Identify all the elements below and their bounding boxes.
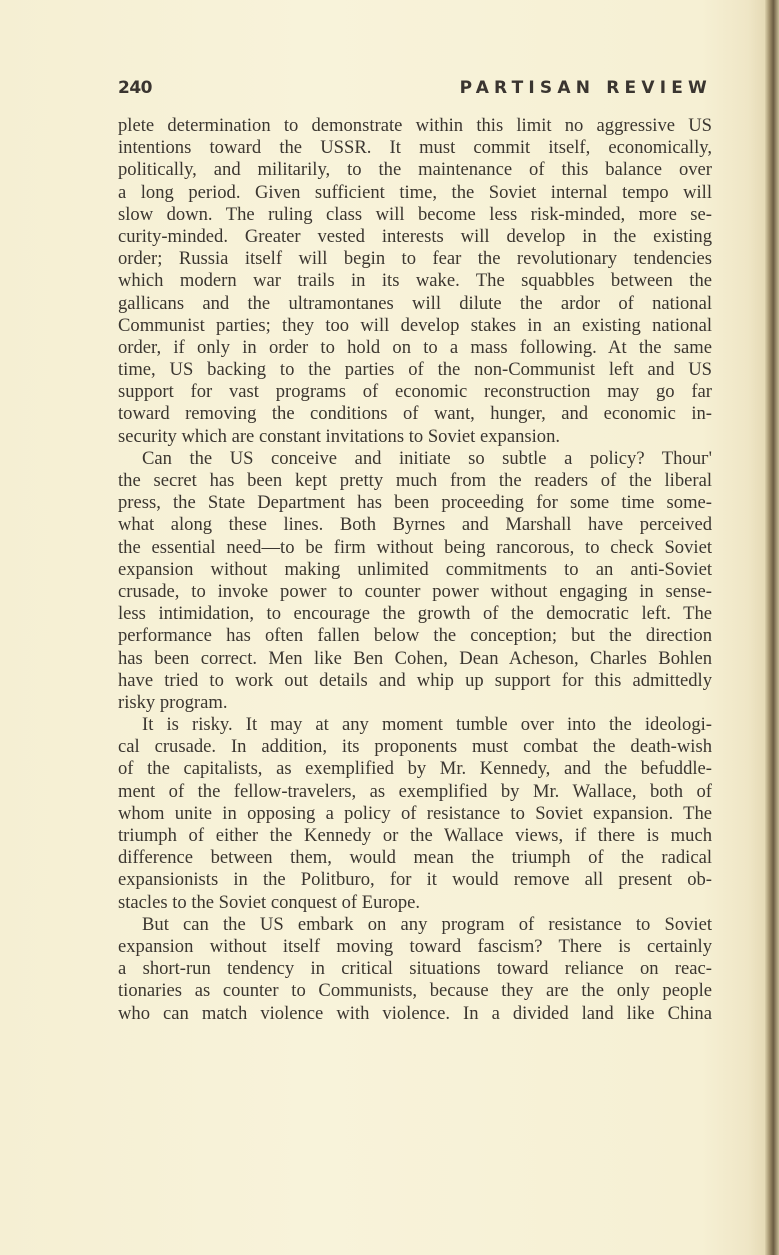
text-line: ment of the fellow-travelers, as exempli… (118, 781, 712, 803)
text-line: toward removing the conditions of want, … (118, 403, 712, 425)
text-line: cal crusade. In addition, its proponents… (118, 736, 712, 758)
page-edge-shadow (765, 0, 779, 1255)
text-line: risky program. (118, 692, 712, 714)
page-header: 240 PARTISAN REVIEW (118, 78, 712, 102)
text-line: curity-minded. Greater vested interests … (118, 226, 712, 248)
text-line: order, if only in order to hold on to a … (118, 337, 712, 359)
text-line: crusade, to invoke power to counter powe… (118, 581, 712, 603)
text-line: security which are constant invitations … (118, 426, 712, 448)
text-line: order; Russia itself will begin to fear … (118, 248, 712, 270)
text-line: slow down. The ruling class will become … (118, 204, 712, 226)
text-line: the secret has been kept pretty much fro… (118, 470, 712, 492)
text-line: expansionists in the Politburo, for it w… (118, 869, 712, 891)
text-line: a short-run tendency in critical situati… (118, 958, 712, 980)
text-line: the essential need—to be firm without be… (118, 537, 712, 559)
text-line: But can the US embark on any program of … (118, 914, 712, 936)
text-line: expansion without making unlimited commi… (118, 559, 712, 581)
text-line: who can match violence with violence. In… (118, 1003, 712, 1025)
text-line: press, the State Department has been pro… (118, 492, 712, 514)
text-line: has been correct. Men like Ben Cohen, De… (118, 648, 712, 670)
paragraph: plete determination to demonstrate withi… (118, 115, 712, 448)
text-line: which modern war trails in its wake. The… (118, 270, 712, 292)
paragraph: But can the US embark on any program of … (118, 914, 712, 1025)
body-text: plete determination to demonstrate withi… (118, 115, 712, 1025)
text-line: It is risky. It may at any moment tumble… (118, 714, 712, 736)
text-line: less intimidation, to encourage the grow… (118, 603, 712, 625)
text-line: what along these lines. Both Byrnes and … (118, 514, 712, 536)
paragraph: It is risky. It may at any moment tumble… (118, 714, 712, 914)
page-number: 240 (118, 78, 152, 98)
running-head: PARTISAN REVIEW (460, 78, 712, 98)
paragraph: Can the US conceive and initiate so subt… (118, 448, 712, 714)
text-line: triumph of either the Kennedy or the Wal… (118, 825, 712, 847)
text-line: a long period. Given sufficient time, th… (118, 182, 712, 204)
text-line: time, US backing to the parties of the n… (118, 359, 712, 381)
text-line: have tried to work out details and whip … (118, 670, 712, 692)
text-line: support for vast programs of economic re… (118, 381, 712, 403)
text-line: of the capitalists, as exemplified by Mr… (118, 758, 712, 780)
text-line: Communist parties; they too will develop… (118, 315, 712, 337)
text-line: whom unite in opposing a policy of resis… (118, 803, 712, 825)
text-line: plete determination to demonstrate withi… (118, 115, 712, 137)
text-line: intentions toward the USSR. It must comm… (118, 137, 712, 159)
text-line: difference between them, would mean the … (118, 847, 712, 869)
text-line: politically, and militarily, to the main… (118, 159, 712, 181)
text-line: gallicans and the ultramontanes will dil… (118, 293, 712, 315)
text-line: tionaries as counter to Communists, beca… (118, 980, 712, 1002)
text-line: expansion without itself moving toward f… (118, 936, 712, 958)
book-page: 240 PARTISAN REVIEW plete determination … (0, 0, 779, 1255)
text-line: stacles to the Soviet conquest of Europe… (118, 892, 712, 914)
text-line: performance has often fallen below the c… (118, 625, 712, 647)
text-line: Can the US conceive and initiate so subt… (118, 448, 712, 470)
